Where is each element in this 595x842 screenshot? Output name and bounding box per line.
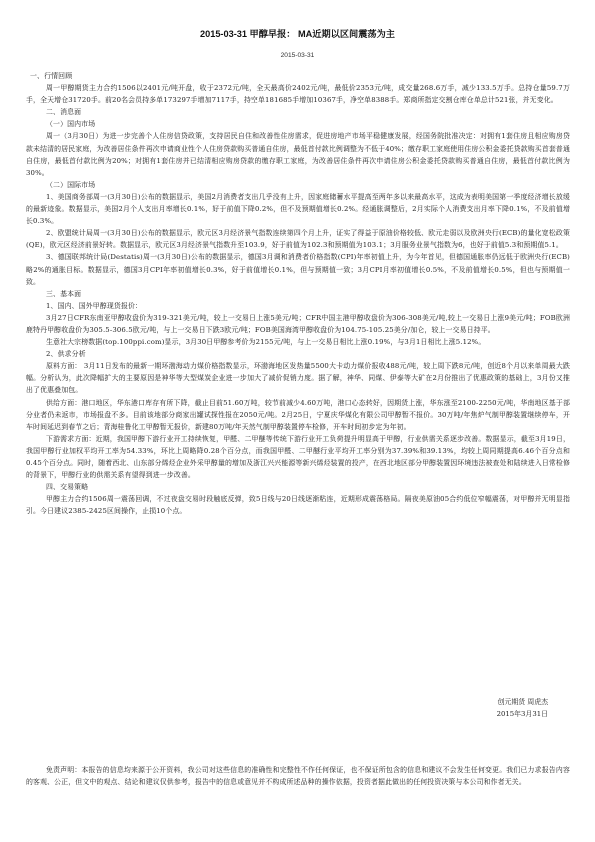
section-heading-fundamentals: 三、基本面 bbox=[26, 288, 570, 300]
paragraph-downstream-demand: 下游需求方面：近期，我国甲醇下游行业开工持续恢复，甲醛、二甲醚等传统下游行业开工… bbox=[26, 433, 570, 481]
document-title: 2015-03-31 甲醇早报： MA近期以区间震荡为主 bbox=[0, 26, 595, 40]
subsection-heading-domestic: （一）国内市场 bbox=[26, 118, 570, 130]
section-heading-news: 二、消息面 bbox=[26, 106, 570, 118]
subsection-heading-supply-demand: 2、供求分析 bbox=[26, 348, 570, 360]
paragraph-trading-strategy: 甲醇主力合约1506周一震荡回调，不过夜盘交易时段触底反弹，致5日线与20日线逐… bbox=[26, 493, 570, 517]
paragraph-germany-cpi: 3、德国联邦统计局(Destatis)周一(3月30日)公布的数据显示，德国3月… bbox=[26, 251, 570, 287]
section-heading-market-review: 一、行情回顾 bbox=[26, 70, 570, 82]
paragraph-100ppi-reference: 生意社大宗榜数据(top.100ppi.com)显示，3月30日甲醇参考价为21… bbox=[26, 336, 570, 348]
paragraph-eurozone-sentiment: 2、欧盟统计局周一(3月30日)公布的数据显示，欧元区3月经济景气指数连续第四个… bbox=[26, 227, 570, 251]
paragraph-supply: 供给方面：港口地区，华东港口库存有所下降，截止目前51.60万吨，较节前减少4.… bbox=[26, 397, 570, 433]
paragraph-market-review: 周一甲醇期货主力合约1506以2401元/吨开盘，收于2372元/吨，全天最高价… bbox=[26, 82, 570, 106]
disclaimer: 免责声明：本报告的信息均来源于公开资料，我公司对这些信息的准确性和完整性不作任何… bbox=[26, 764, 570, 789]
document-body: 一、行情回顾 周一甲醇期货主力合约1506以2401元/吨开盘，收于2372元/… bbox=[26, 70, 570, 517]
signature-date: 2015年3月31日 bbox=[0, 708, 548, 720]
signature-author: 创元期货 周虎杰 bbox=[0, 696, 548, 708]
section-heading-trading-strategy: 四、交易策略 bbox=[26, 481, 570, 493]
document-date: 2015-03-31 bbox=[0, 52, 595, 59]
paragraph-spot-quotes: 3月27日CFR东南亚甲醇收盘价为319-321美元/吨，较上一交易日上涨5美元… bbox=[26, 312, 570, 336]
subsection-heading-spot-prices: 1、国内、国外甲醇现货报价： bbox=[26, 300, 570, 312]
subsection-heading-international: （二）国际市场 bbox=[26, 179, 570, 191]
paragraph-domestic-housing: 周一（3月30日）为进一步完善个人住房信贷政策，支持居民自住和改善性住房需求，促… bbox=[26, 130, 570, 178]
paragraph-raw-materials: 原料方面： 3月11日发布的最新一期环渤海动力煤价格指数显示，环渤海地区发热量5… bbox=[26, 360, 570, 396]
paragraph-us-consumer: 1、美国商务部周一(3月30日)公布的数据显示，美国2月消费者支出几乎没有上升，… bbox=[26, 191, 570, 227]
